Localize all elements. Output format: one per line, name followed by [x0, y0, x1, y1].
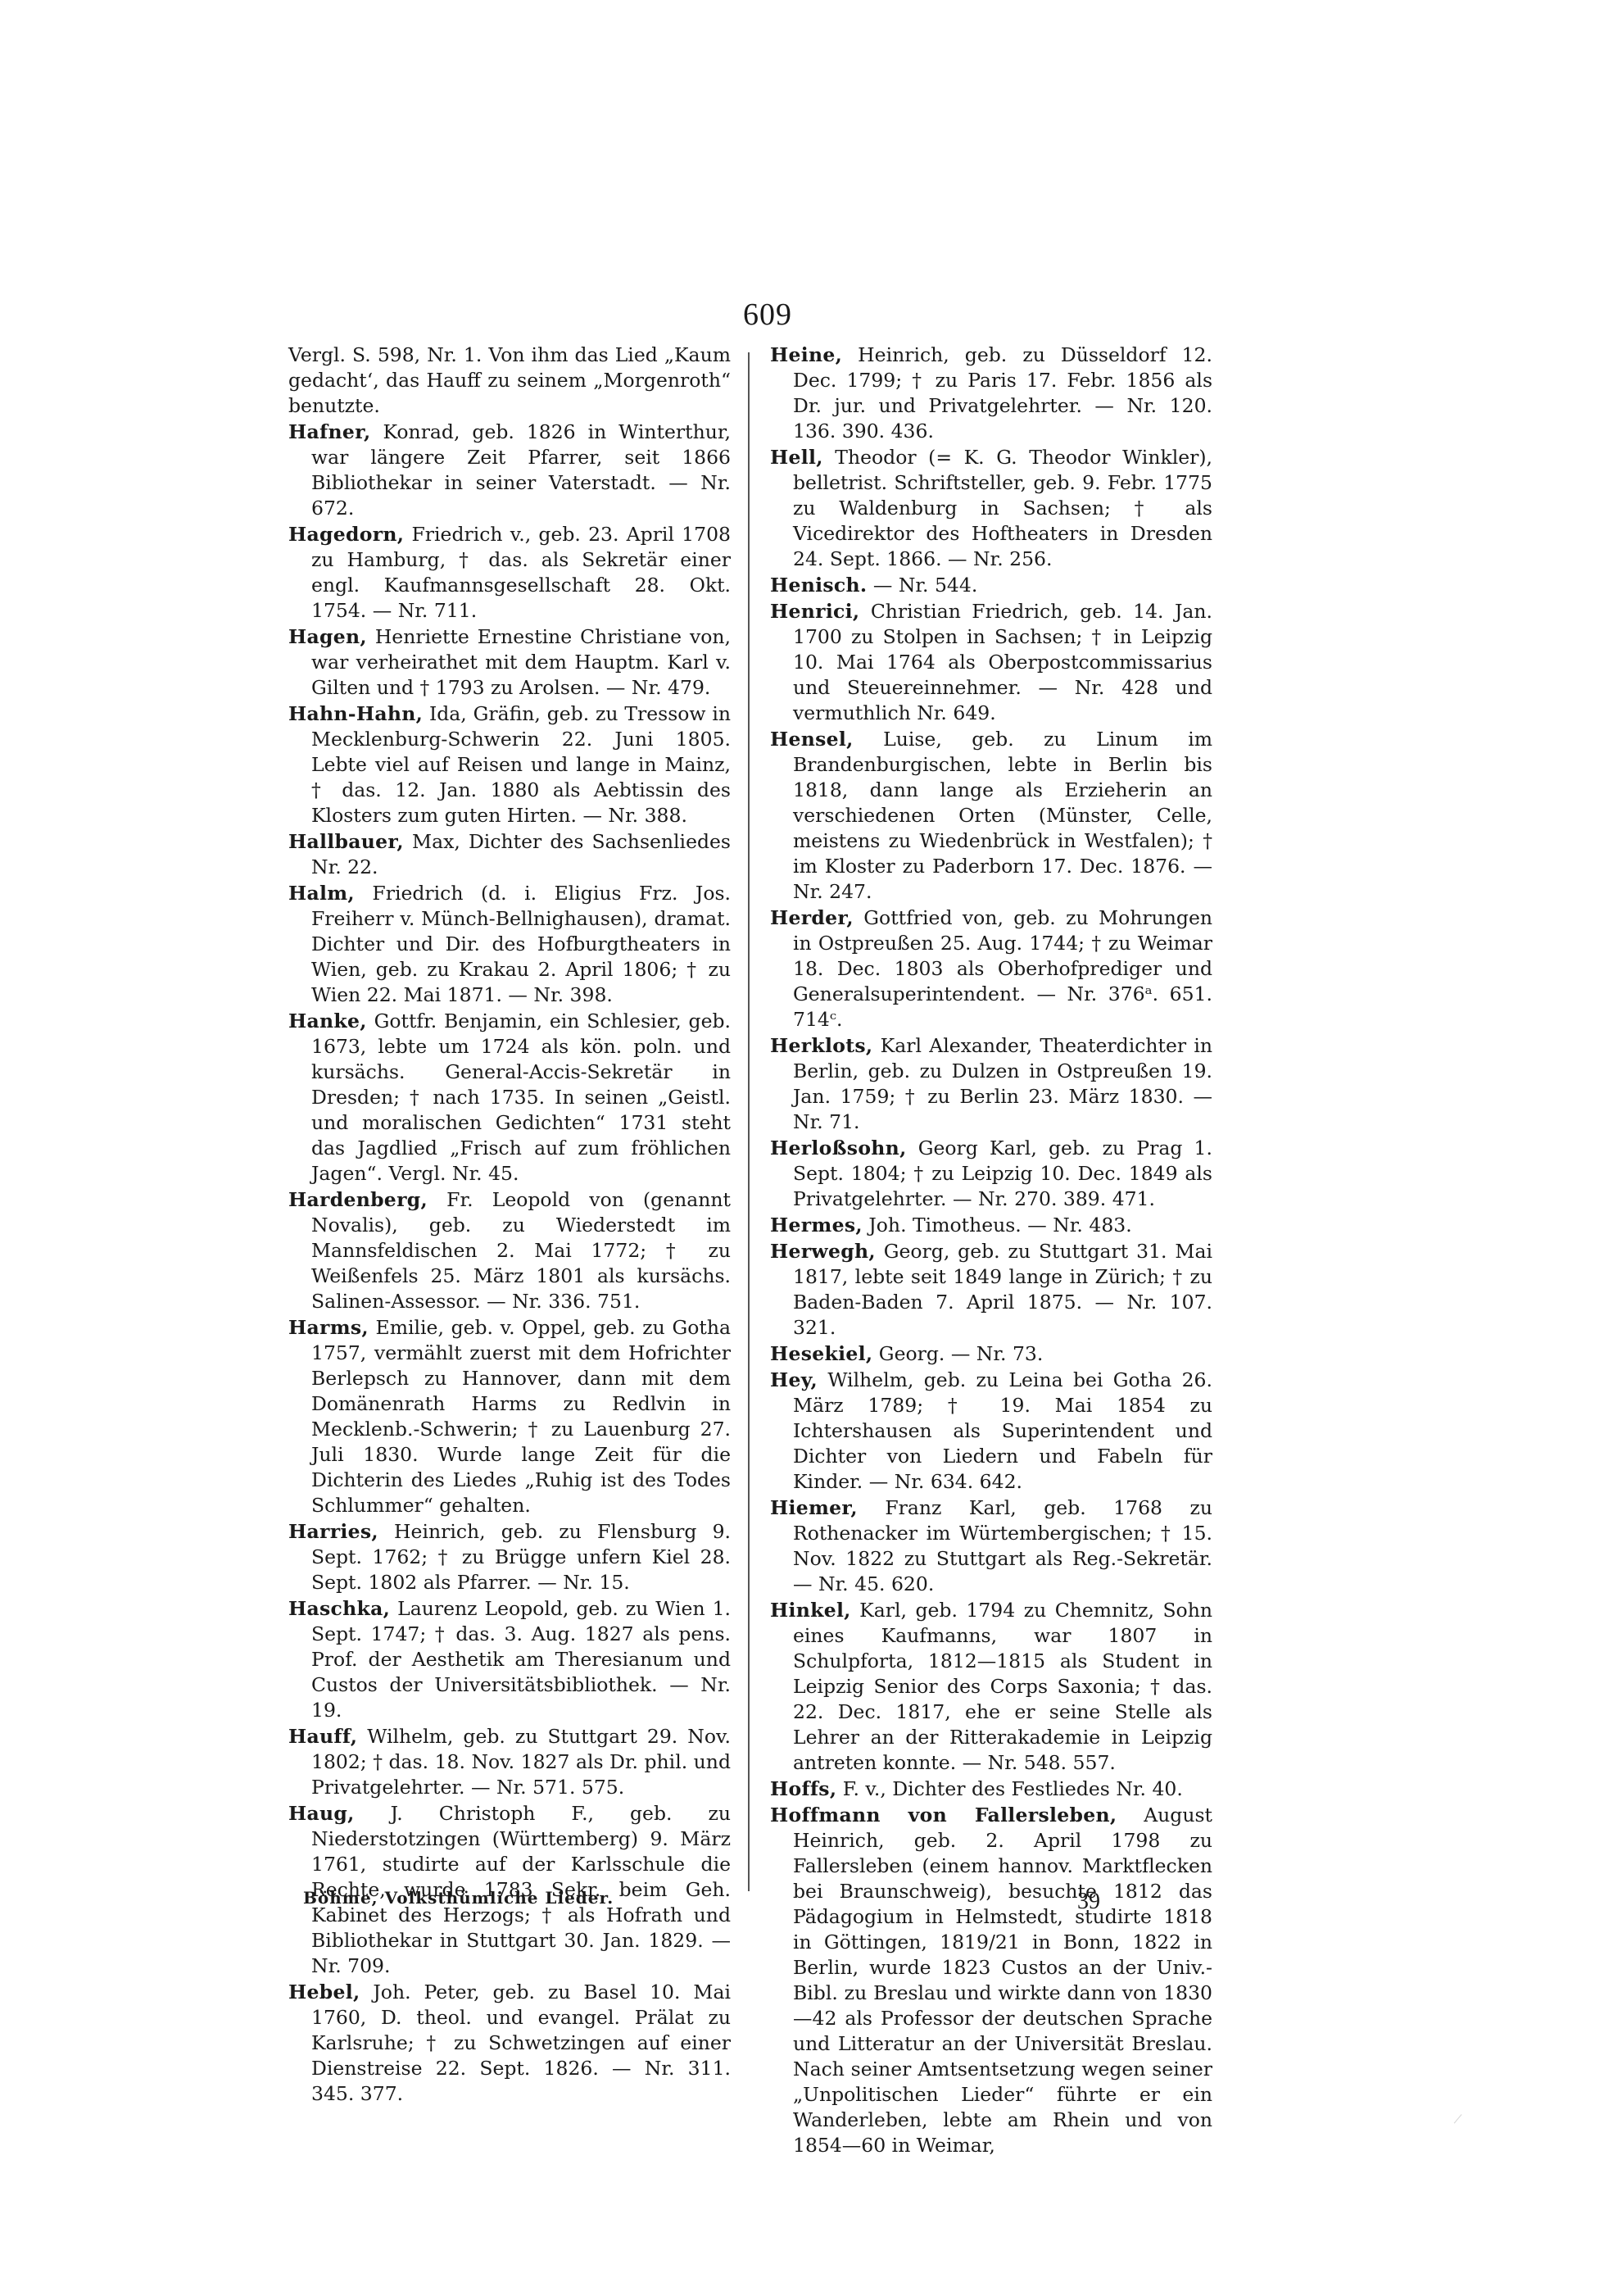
index-entry: Hahn-Hahn, Ida, Gräfin, geb. zu Tressow …	[288, 701, 731, 828]
index-entry: Herwegh, Georg, geb. zu Stuttgart 31. Ma…	[770, 1239, 1212, 1341]
entry-text: Theodor (= K. G. Theodor Winkler), belle…	[793, 446, 1212, 570]
signature-mark: 39	[1077, 1889, 1100, 1915]
entry-name: Hoffmann von Fallersleben,	[770, 1804, 1117, 1826]
entry-name: Herwegh,	[770, 1240, 876, 1263]
entry-name: Hardenberg,	[288, 1188, 428, 1211]
entry-name: Heine,	[770, 343, 842, 366]
entry-name: Hinkel,	[770, 1599, 851, 1622]
index-entry: Hensel, Luise, geb. zu Linum im Brandenb…	[770, 727, 1212, 905]
continuation-text: Vergl. S. 598, Nr. 1. Von ihm das Lied „…	[288, 343, 731, 419]
index-entry: Heine, Heinrich, geb. zu Düsseldorf 12. …	[770, 343, 1212, 444]
entry-name: Hagedorn,	[288, 523, 404, 546]
entry-name: Halm,	[288, 882, 355, 905]
entry-text: Wilhelm, geb. zu Stuttgart 29. Nov. 1802…	[311, 1725, 731, 1799]
entry-name: Hebel,	[288, 1981, 360, 2003]
entry-text: Emilie, geb. v. Oppel, geb. zu Gotha 175…	[311, 1316, 731, 1517]
index-entry: Halm, Friedrich (d. i. Eligius Frz. Jos.…	[288, 881, 731, 1008]
index-entry: Harries, Heinrich, geb. zu Flensburg 9. …	[288, 1519, 731, 1595]
entry-text: Wilhelm, geb. zu Leina bei Gotha 26. Mär…	[793, 1368, 1212, 1493]
index-entry: Herder, Gottfried von, geb. zu Mohrungen…	[770, 905, 1212, 1032]
index-entry: Henisch. — Nr. 544.	[770, 573, 1212, 598]
entry-text: Gottfr. Benjamin, ein Schlesier, geb. 16…	[311, 1010, 731, 1185]
entry-name: Hanke,	[288, 1010, 367, 1032]
index-entry: Hagedorn, Friedrich v., geb. 23. April 1…	[288, 522, 731, 624]
entry-name: Hallbauer,	[288, 830, 404, 853]
entry-text: Gottfried von, geb. zu Mohrungen in Ostp…	[793, 906, 1212, 1031]
index-entry: Hesekiel, Georg. — Nr. 73.	[770, 1341, 1212, 1367]
index-entry: Hallbauer, Max, Dichter des Sachsenliede…	[288, 829, 731, 880]
entry-name: Hafner,	[288, 420, 371, 443]
index-entry: Hey, Wilhelm, geb. zu Leina bei Gotha 26…	[770, 1368, 1212, 1495]
left-entries-list: Hafner, Konrad, geb. 1826 in Winterthur,…	[288, 420, 731, 2107]
index-entry: Hardenberg, Fr. Leopold von (genannt Nov…	[288, 1187, 731, 1314]
entry-name: Hell,	[770, 446, 823, 469]
index-entry: Hoffs, F. v., Dichter des Festliedes Nr.…	[770, 1776, 1212, 1802]
entry-name: Hahn-Hahn,	[288, 702, 423, 725]
entry-name: Haug,	[288, 1802, 355, 1825]
entry-text: Georg. — Nr. 73.	[879, 1342, 1044, 1365]
entry-name: Hensel,	[770, 728, 854, 751]
entry-text: Joh. Peter, geb. zu Basel 10. Mai 1760, …	[311, 1981, 731, 2105]
index-entry: Harms, Emilie, geb. v. Oppel, geb. zu Go…	[288, 1315, 731, 1518]
entry-name: Haschka,	[288, 1597, 390, 1620]
index-entry: Herklots, Karl Alexander, Theaterdichter…	[770, 1033, 1212, 1135]
entry-text: Luise, geb. zu Linum im Brandenburgische…	[793, 728, 1212, 903]
entry-text: Karl, geb. 1794 zu Chemnitz, Sohn eines …	[793, 1599, 1212, 1774]
index-entry: Hafner, Konrad, geb. 1826 in Winterthur,…	[288, 420, 731, 521]
index-entry: Hiemer, Franz Karl, geb. 1768 zu Rothena…	[770, 1495, 1212, 1597]
entry-text: Heinrich, geb. zu Düsseldorf 12. Dec. 17…	[793, 343, 1212, 442]
index-entry: Hermes, Joh. Timotheus. — Nr. 483.	[770, 1213, 1212, 1238]
entry-name: Henisch.	[770, 574, 867, 597]
entry-name: Henrici,	[770, 600, 859, 623]
entry-text: F. v., Dichter des Festliedes Nr. 40.	[843, 1777, 1183, 1800]
index-entry: Haschka, Laurenz Leopold, geb. zu Wien 1…	[288, 1596, 731, 1723]
entry-text: Konrad, geb. 1826 in Winterthur, war län…	[311, 420, 731, 520]
entry-text: — Nr. 544.	[873, 574, 977, 597]
entry-text: August Heinrich, geb. 2. April 1798 zu F…	[793, 1804, 1212, 2157]
column-divider	[748, 352, 750, 1891]
entry-name: Harries,	[288, 1520, 378, 1543]
footer-title: Böhme, Volksthümliche Lieder.	[303, 1888, 614, 1908]
right-column: Heine, Heinrich, geb. zu Düsseldorf 12. …	[770, 343, 1212, 2159]
entry-text: Henriette Ernestine Christiane von, war …	[311, 625, 731, 699]
entry-text: Friedrich (d. i. Eligius Frz. Jos. Freih…	[311, 882, 731, 1006]
entry-name: Hey,	[770, 1368, 818, 1391]
entry-name: Herder,	[770, 906, 854, 929]
index-entry: Hauff, Wilhelm, geb. zu Stuttgart 29. No…	[288, 1724, 731, 1800]
index-entry: Hinkel, Karl, geb. 1794 zu Chemnitz, Soh…	[770, 1598, 1212, 1776]
entry-text: Joh. Timotheus. — Nr. 483.	[868, 1214, 1131, 1236]
index-entry: Hanke, Gottfr. Benjamin, ein Schlesier, …	[288, 1009, 731, 1187]
right-entries-list: Heine, Heinrich, geb. zu Düsseldorf 12. …	[770, 343, 1212, 2158]
index-entry: Herloßsohn, Georg Karl, geb. zu Prag 1. …	[770, 1136, 1212, 1212]
entry-name: Hiemer,	[770, 1496, 858, 1519]
entry-name: Hagen,	[288, 625, 367, 648]
entry-name: Herloßsohn,	[770, 1137, 907, 1159]
scan-artifact	[1454, 2114, 1468, 2129]
entry-name: Harms,	[288, 1316, 369, 1339]
index-entry: Hoffmann von Fallersleben, August Heinri…	[770, 1803, 1212, 2158]
left-column: Vergl. S. 598, Nr. 1. Von ihm das Lied „…	[288, 343, 731, 2108]
entry-name: Herklots,	[770, 1034, 872, 1057]
page-number: 609	[743, 297, 792, 333]
entry-name: Hauff,	[288, 1725, 357, 1748]
index-entry: Henrici, Christian Friedrich, geb. 14. J…	[770, 599, 1212, 726]
index-entry: Hell, Theodor (= K. G. Theodor Winkler),…	[770, 445, 1212, 572]
index-entry: Hagen, Henriette Ernestine Christiane vo…	[288, 624, 731, 701]
entry-name: Hoffs,	[770, 1777, 836, 1800]
index-entry: Hebel, Joh. Peter, geb. zu Basel 10. Mai…	[288, 1980, 731, 2107]
entry-name: Hermes,	[770, 1214, 863, 1236]
entry-name: Hesekiel,	[770, 1342, 872, 1365]
